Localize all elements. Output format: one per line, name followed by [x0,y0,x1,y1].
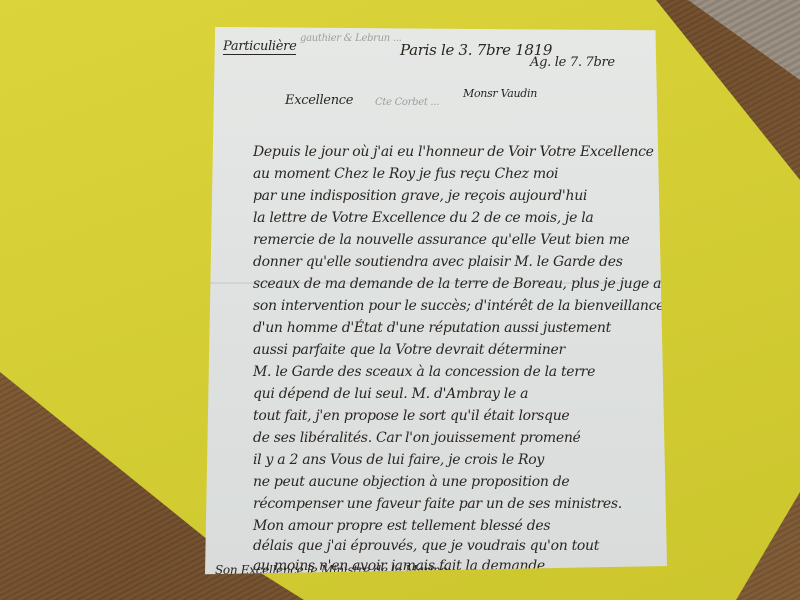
recipient-note: Monsr Vaudin [463,87,537,100]
body-line: il y a 2 ans Vous de lui faire, je crois… [253,452,544,468]
body-line: tout fait, j'en propose le sort qu'il ét… [253,408,569,424]
handwritten-letter: Particulière gauthier & Lebrun ... Paris… [205,27,667,577]
body-line: récompenser une faveur faite par un de s… [253,496,622,512]
body-line: qui dépend de lui seul. M. d'Ambray le a [253,386,528,402]
salutation: Excellence [285,93,353,108]
letter-marking: Particulière [223,39,296,55]
pencil-note-top: gauthier & Lebrun ... [300,33,401,44]
body-line: son intervention pour le succès; d'intér… [253,298,664,314]
body-line: par une indisposition grave, je reçois a… [253,188,587,204]
body-line: donner qu'elle soutiendra avec plaisir M… [253,254,623,270]
reference-note: Ag. le 7. 7bre [530,55,615,70]
body-line: au moment Chez le Roy je fus reçu Chez m… [253,166,558,182]
pencil-note-middle: Cte Corbet ... [375,97,439,108]
body-line: M. le Garde des sceaux à la concession d… [253,364,595,380]
body-line: de ses libéralités. Car l'on jouissement… [253,430,581,446]
body-line: la lettre de Votre Excellence du 2 de ce… [253,210,593,226]
body-line: aussi parfaite que la Votre devrait déte… [253,342,565,358]
body-line: Depuis le jour où j'ai eu l'honneur de V… [253,144,654,160]
body-line: remercie de la nouvelle assurance qu'ell… [253,232,630,248]
body-line: Mon amour propre est tellement blessé de… [253,518,550,534]
body-line: délais que j'ai éprouvés, que je voudrai… [253,538,599,554]
body-line: ne peut aucune objection à une propositi… [253,474,569,490]
body-line: sceaux de ma demande de la terre de Bore… [253,276,688,292]
body-line: d'un homme d'État d'une réputation aussi… [253,320,611,336]
